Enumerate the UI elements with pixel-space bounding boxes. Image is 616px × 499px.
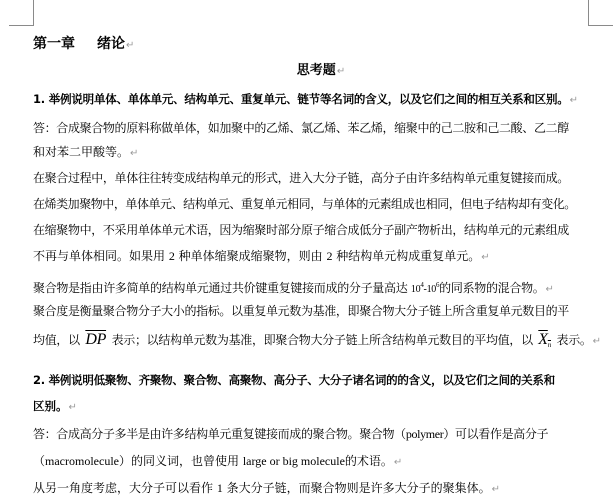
answer-1-line-4: 在烯类加聚物中，单体单元、结构单元、重复单元相同，与单体的元素组成也相同，但电子… bbox=[33, 196, 576, 212]
paragraph-mark-icon: ↵ bbox=[394, 457, 402, 468]
text: 条大分子链，而聚合物则是许多大分子的聚集体。 bbox=[223, 481, 491, 495]
paragraph-mark-icon: ↵ bbox=[593, 336, 601, 347]
paragraph-mark-icon: ↵ bbox=[130, 148, 138, 159]
subscript-n: n bbox=[548, 341, 551, 349]
paragraph-mark-icon: ↵ bbox=[570, 95, 578, 106]
answer-1-line-7: 聚合物是指由许多简单的结构单元通过共价键重复键接而成的分子量高达 104-106… bbox=[33, 277, 554, 298]
english-term: large or big molecule bbox=[243, 454, 345, 468]
answer-1-line-6: 不再与单体相同。如果用 2 种单体缩聚成缩聚物，则由 2 种结构单元构成重复单元… bbox=[33, 248, 490, 266]
question-2-line-1: 2. 举例说明低聚物、齐聚物、聚合物、高聚物、高分子、大分子诸名词的的含义，以及… bbox=[33, 372, 555, 388]
answer-2-line-1: 答：合成高分子多半是由许多结构单元重复键接而成的聚合物。聚合物（polymer）… bbox=[33, 426, 548, 442]
answer-1-line-9: 均值，以 DP 表示；以结构单元数为基准，即聚合物大分子链上所含结构单元数目的平… bbox=[33, 332, 601, 353]
text: 表示；以结构单元数为基准，即聚合物大分子链上所含结构单元数目的平均值，以 bbox=[108, 333, 536, 347]
text: 均值，以 bbox=[33, 333, 83, 347]
answer-1-line-1-text: 答：合成聚合物的原料称做单体，如加聚中的乙烯、氯乙烯、苯乙烯，缩聚中的己二胺和己… bbox=[33, 121, 569, 135]
paragraph-mark-icon: ↵ bbox=[481, 252, 489, 263]
xn-symbol: Xn bbox=[536, 331, 553, 348]
page-corner-mark-top-left bbox=[9, 0, 34, 26]
text: 的术语。 bbox=[345, 454, 393, 468]
x-symbol: X bbox=[538, 331, 547, 348]
text: 答：合成高分子多半是由许多结构单元重复键接而成的聚合物。聚合物（ bbox=[33, 427, 406, 441]
answer-1-line-2-text: 和对苯二甲酸等。 bbox=[33, 145, 129, 159]
paragraph-mark-icon: ↵ bbox=[126, 40, 134, 51]
answer-1-line-1: 答：合成聚合物的原料称做单体，如加聚中的乙烯、氯乙烯、苯乙烯，缩聚中的己二胺和己… bbox=[33, 120, 569, 136]
text: 种单体缩聚成缩聚物，则由 bbox=[175, 249, 327, 263]
page-corner-mark-top-right bbox=[588, 0, 613, 26]
question-2-text: 2. 举例说明低聚物、齐聚物、聚合物、高聚物、高分子、大分子诸名词的的含义，以及… bbox=[33, 373, 555, 387]
dp-symbol: DP bbox=[83, 331, 108, 348]
section-title-text: 思考题 bbox=[297, 63, 336, 78]
text: 的同系物的混合物。 bbox=[439, 281, 544, 295]
paragraph-mark-icon: ↵ bbox=[69, 402, 77, 413]
chapter-title: 第一章绪论↵ bbox=[33, 36, 134, 54]
question-1-text: 1. 举例说明单体、单体单元、结构单元、重复单元、链节等名词的含义，以及它们之间… bbox=[33, 92, 557, 106]
answer-1-line-5: 在缩聚物中，不采用单体单元术语，因为缩聚时部分原子缩合成低分子副产物析出，结构单… bbox=[33, 222, 569, 238]
english-term: macromolecule bbox=[45, 454, 119, 468]
question-2-text-cont: 区别。 bbox=[33, 399, 68, 413]
answer-1-line-3: 在聚合过程中，单体往往转变成结构单元的形式，进入大分子链，高分子由许多结构单元重… bbox=[33, 170, 569, 186]
question-2-line-2: 区别。↵ bbox=[33, 398, 77, 416]
chapter-number: 第一章 bbox=[33, 36, 75, 52]
answer-2-line-3: 从另一角度考虑，大分子可以看作 1 条大分子链，而聚合物则是许多大分子的聚集体。… bbox=[33, 480, 500, 498]
answer-1-line-2: 和对苯二甲酸等。↵ bbox=[33, 144, 138, 162]
answer-1-line-8-text: 聚合度是衡量聚合物分子大小的指标。以重复单元数为基准，即聚合物大分子链上所含重复… bbox=[33, 304, 569, 318]
question-1-end: 。 bbox=[557, 92, 568, 106]
text: 表示。 bbox=[553, 333, 592, 347]
paragraph-mark-icon: ↵ bbox=[492, 484, 500, 495]
answer-2-line-2: （macromolecule）的同义词，也曾使用 large or big mo… bbox=[33, 453, 402, 471]
paragraph-mark-icon: ↵ bbox=[545, 284, 553, 295]
paragraph-mark-icon: ↵ bbox=[337, 66, 345, 77]
text: ）的同义词，也曾使用 bbox=[119, 454, 243, 468]
english-term: polymer bbox=[406, 427, 444, 441]
question-1: 1. 举例说明单体、单体单元、结构单元、重复单元、链节等名词的含义，以及它们之间… bbox=[33, 91, 578, 109]
text: （ bbox=[33, 454, 45, 468]
answer-1-line-5-text: 在缩聚物中，不采用单体单元术语，因为缩聚时部分原子缩合成低分子副产物析出，结构单… bbox=[33, 223, 569, 237]
power-base: 10 bbox=[411, 284, 420, 295]
text: ）可以看作是高分子 bbox=[443, 427, 548, 441]
section-title: 思考题↵ bbox=[0, 63, 616, 80]
answer-1-line-3-text: 在聚合过程中，单体往往转变成结构单元的形式，进入大分子链，高分子由许多结构单元重… bbox=[33, 171, 569, 185]
answer-1-line-8: 聚合度是衡量聚合物分子大小的指标。以重复单元数为基准，即聚合物大分子链上所含重复… bbox=[33, 303, 569, 319]
text: 从另一角度考虑，大分子可以看作 bbox=[33, 481, 217, 495]
text: 聚合物是指由许多简单的结构单元通过共价键重复键接而成的分子量高达 bbox=[33, 281, 411, 295]
text: 不再与单体相同。如果用 bbox=[33, 249, 169, 263]
answer-1-line-4-text: 在烯类加聚物中，单体单元、结构单元、重复单元相同，与单体的元素组成也相同，但电子… bbox=[33, 197, 576, 211]
text: 种结构单元构成重复单元。 bbox=[332, 249, 480, 263]
chapter-name: 绪论 bbox=[97, 36, 125, 52]
power-base: 10 bbox=[427, 284, 436, 295]
